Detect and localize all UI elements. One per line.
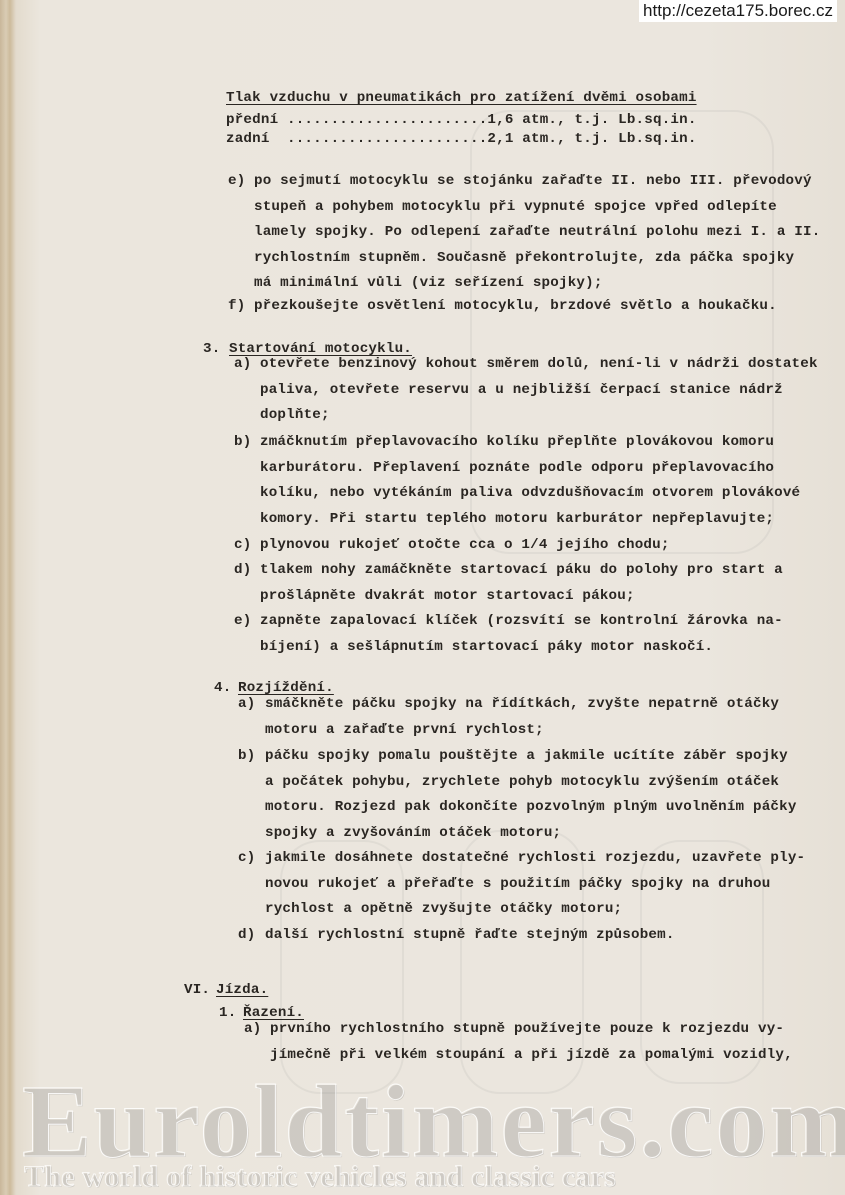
section-3-item-marker: c) [234, 537, 251, 553]
section-4-item-text: rychlost a opětně zvyšujte otáčky motoru… [265, 901, 622, 917]
section-4-item-text: a počátek pohybu, zrychlete pohyb motocy… [265, 774, 779, 790]
section-4-item-text: motoru. Rozjezd pak dokončíte pozvolným … [265, 799, 797, 815]
section-3-item-text: bíjení) a sešlápnutím startovací páky mo… [260, 639, 713, 655]
section-4-item-marker: d) [238, 927, 255, 943]
section-3-item-text: zmáčknutím přeplavovacího kolíku přeplňt… [260, 434, 774, 450]
section-3-item-marker: a) [234, 356, 251, 372]
section-3-item-marker: e) [234, 613, 251, 629]
subsection-1-number: 1. [219, 1005, 236, 1021]
section-4-title: Rozjíždění. [238, 680, 334, 696]
section-4-item-text: motoru a zařaďte první rychlost; [265, 722, 544, 738]
prep-item-text: lamely spojky. Po odlepení zařaďte neutr… [254, 224, 820, 240]
section-3-item-text: paliva, otevřete reservu a u nejbližší č… [260, 382, 783, 398]
subsection-1-title: Řazení. [243, 1005, 304, 1021]
section-3-item-text: plynovou rukojeť otočte cca o 1/4 jejího… [260, 537, 670, 553]
chapter-6-item-text: prvního rychlostního stupně používejte p… [270, 1021, 784, 1037]
section-4-item-text: novou rukojeť a přeřaďte s použitím páčk… [265, 876, 770, 892]
prep-item-marker: e) [228, 173, 245, 189]
tire-pressure-front: přední .......................1,6 atm., … [226, 112, 697, 128]
source-url-label: http://cezeta175.borec.cz [639, 0, 837, 22]
section-4-item-text: smáčkněte páčku spojky na řídítkách, zvy… [265, 696, 779, 712]
section-3-item-text: otevřete benzinový kohout směrem dolů, n… [260, 356, 818, 372]
section-4-item-marker: b) [238, 748, 255, 764]
section-3-item-marker: d) [234, 562, 251, 578]
section-4-item-text: další rychlostní stupně řaďte stejným zp… [265, 927, 675, 943]
chapter-6-item-marker: a) [244, 1021, 261, 1037]
prep-item-text: po sejmutí motocyklu se stojánku zařaďte… [254, 173, 812, 189]
chapter-6-item-text: jímečně při velkém stoupání a při jízdě … [270, 1047, 793, 1063]
watermark-subtitle: The world of historic vehicles and class… [24, 1160, 616, 1194]
section-3-item-text: zapněte zapalovací klíček (rozsvítí se k… [260, 613, 783, 629]
section-4-item-text: páčku spojky pomalu pouštějte a jakmile … [265, 748, 788, 764]
section-3-number: 3. [203, 341, 220, 357]
section-3-item-text: tlakem nohy zamáčkněte startovací páku d… [260, 562, 783, 578]
section-3-item-marker: b) [234, 434, 251, 450]
prep-item-text: stupeň a pohybem motocyklu při vypnuté s… [254, 199, 777, 215]
section-4-number: 4. [214, 680, 231, 696]
section-3-item-text: kolíku, nebo vytékáním paliva odvzdušňov… [260, 485, 800, 501]
section-4-item-text: jakmile dosáhnete dostatečné rychlosti r… [265, 850, 805, 866]
prep-item-marker: f) [228, 298, 245, 314]
chapter-6-number: VI. [184, 982, 210, 998]
chapter-6-title: Jízda. [216, 982, 268, 998]
prep-item-text: má minimální vůli (viz seřízení spojky); [254, 275, 603, 291]
section-3-item-text: karburátoru. Přeplavení poznáte podle od… [260, 460, 774, 476]
section-4-item-marker: a) [238, 696, 255, 712]
tire-pressure-heading: Tlak vzduchu v pneumatikách pro zatížení… [226, 90, 697, 106]
prep-item-text: přezkoušejte osvětlení motocyklu, brzdov… [254, 298, 777, 314]
section-4-item-marker: c) [238, 850, 255, 866]
tire-pressure-rear: zadní .......................2,1 atm., t… [226, 131, 697, 147]
section-3-item-text: doplňte; [260, 407, 330, 423]
section-3-title: Startování motocyklu. [229, 341, 412, 357]
section-4-item-text: spojky a zvyšováním otáček motoru; [265, 825, 561, 841]
section-3-item-text: prošlápněte dvakrát motor startovací pák… [260, 588, 635, 604]
section-3-item-text: komory. Při startu teplého motoru karbur… [260, 511, 774, 527]
prep-item-text: rychlostním stupněm. Současně překontrol… [254, 250, 794, 266]
